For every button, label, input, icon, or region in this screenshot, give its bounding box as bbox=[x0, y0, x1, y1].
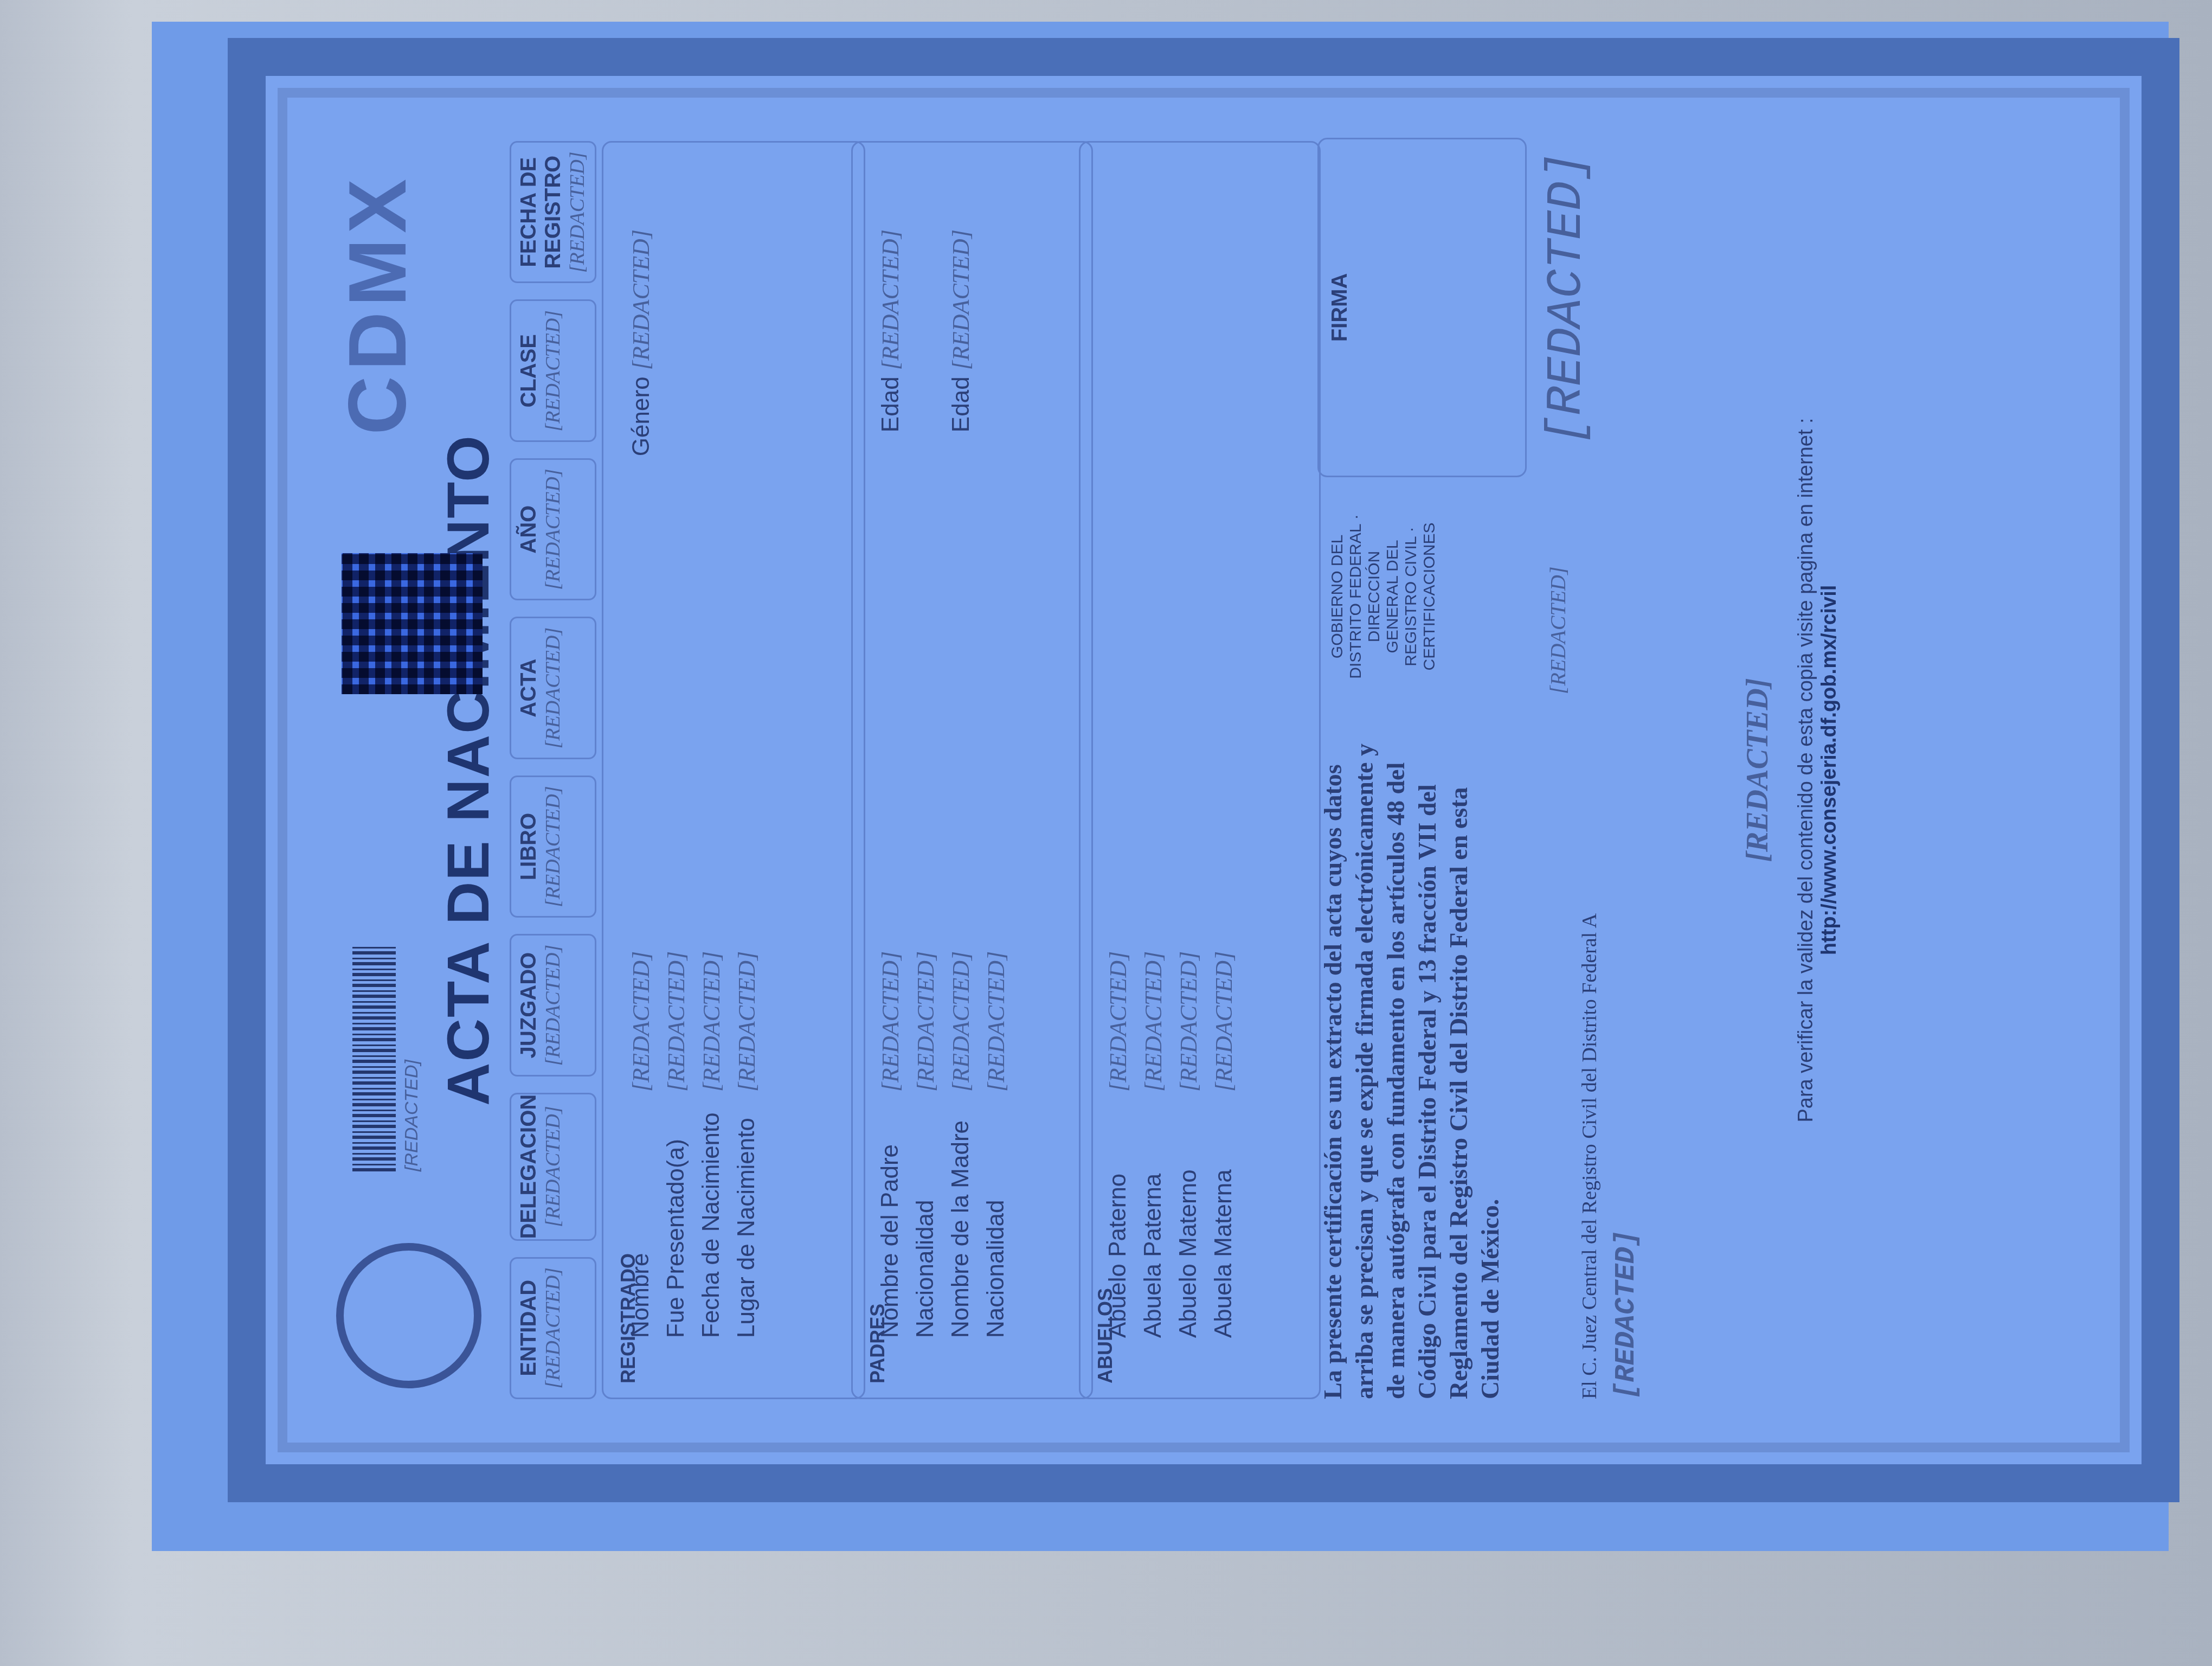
header-libro: LIBRO[REDACTED] bbox=[510, 776, 596, 918]
header-juzgado: JUZGADO[REDACTED] bbox=[510, 934, 596, 1076]
legal-text: La presente certificación es un extracto… bbox=[1317, 721, 1506, 1399]
birth-date: [REDACTED] bbox=[698, 951, 725, 1092]
verification-note: Para verificar la validez del contenido … bbox=[1795, 141, 1841, 1399]
header-entidad: ENTIDAD[REDACTED] bbox=[510, 1257, 596, 1399]
cdmx-logo: CDMX bbox=[331, 174, 425, 435]
header-acta: ACTA[REDACTED] bbox=[510, 617, 596, 759]
section-label: ABUELOS bbox=[1094, 1362, 1117, 1383]
paper-sheet: [REDACTED] CDMX ACTA DE NACIMIENTO ENTID… bbox=[152, 22, 2169, 1551]
folio-number: [REDACTED] bbox=[1540, 152, 1595, 445]
electronic-signature-hash: [REDACTED] bbox=[1610, 152, 1643, 1399]
header-delegacion: DELEGACION[REDACTED] bbox=[510, 1093, 596, 1241]
mother-name: [REDACTED] bbox=[947, 951, 975, 1092]
barcode bbox=[352, 944, 396, 1171]
document-title: ACTA DE NACIMIENTO bbox=[434, 141, 503, 1399]
birth-place: [REDACTED] bbox=[733, 951, 761, 1092]
section-padres: PADRES Nombre del Padre[REDACTED]Edad [R… bbox=[851, 141, 1093, 1399]
section-registrado: REGISTRADO Nombre[REDACTED]Género [REDAC… bbox=[602, 141, 865, 1399]
judge-label: El C. Juez Central del Registro Civil de… bbox=[1578, 913, 1602, 1399]
header-anio: AÑO[REDACTED] bbox=[510, 458, 596, 600]
national-seal-icon bbox=[336, 1243, 481, 1388]
header-clase: CLASE[REDACTED] bbox=[510, 300, 596, 442]
verification-link[interactable]: http://www.consejeria.df.gob.mx/rcivil bbox=[1818, 141, 1841, 1399]
birth-certificate: [REDACTED] CDMX ACTA DE NACIMIENTO ENTID… bbox=[228, 38, 2179, 1502]
registrant-name: [REDACTED] bbox=[627, 951, 655, 1092]
father-name: [REDACTED] bbox=[877, 951, 904, 1092]
header-fecha-registro: FECHA DE REGISTRO[REDACTED] bbox=[510, 141, 596, 283]
section-label: PADRES bbox=[866, 1362, 890, 1383]
qr-code bbox=[342, 553, 483, 694]
registry-header: ENTIDAD[REDACTED] DELEGACION[REDACTED] J… bbox=[510, 141, 596, 1399]
section-abuelos: ABUELOS Abuelo Paterno[REDACTED] Abuela … bbox=[1079, 141, 1321, 1399]
issue-date: [REDACTED] bbox=[1545, 566, 1571, 694]
barcode-number: [REDACTED] bbox=[401, 1060, 422, 1171]
signature-box: FIRMA bbox=[1317, 138, 1527, 477]
issuing-authority: GOBIERNO DEL DISTRITO FEDERAL · DIRECCIÓ… bbox=[1328, 510, 1439, 683]
section-label: REGISTRADO bbox=[616, 1362, 640, 1383]
signer-name: [REDACTED] bbox=[1740, 141, 1775, 1399]
